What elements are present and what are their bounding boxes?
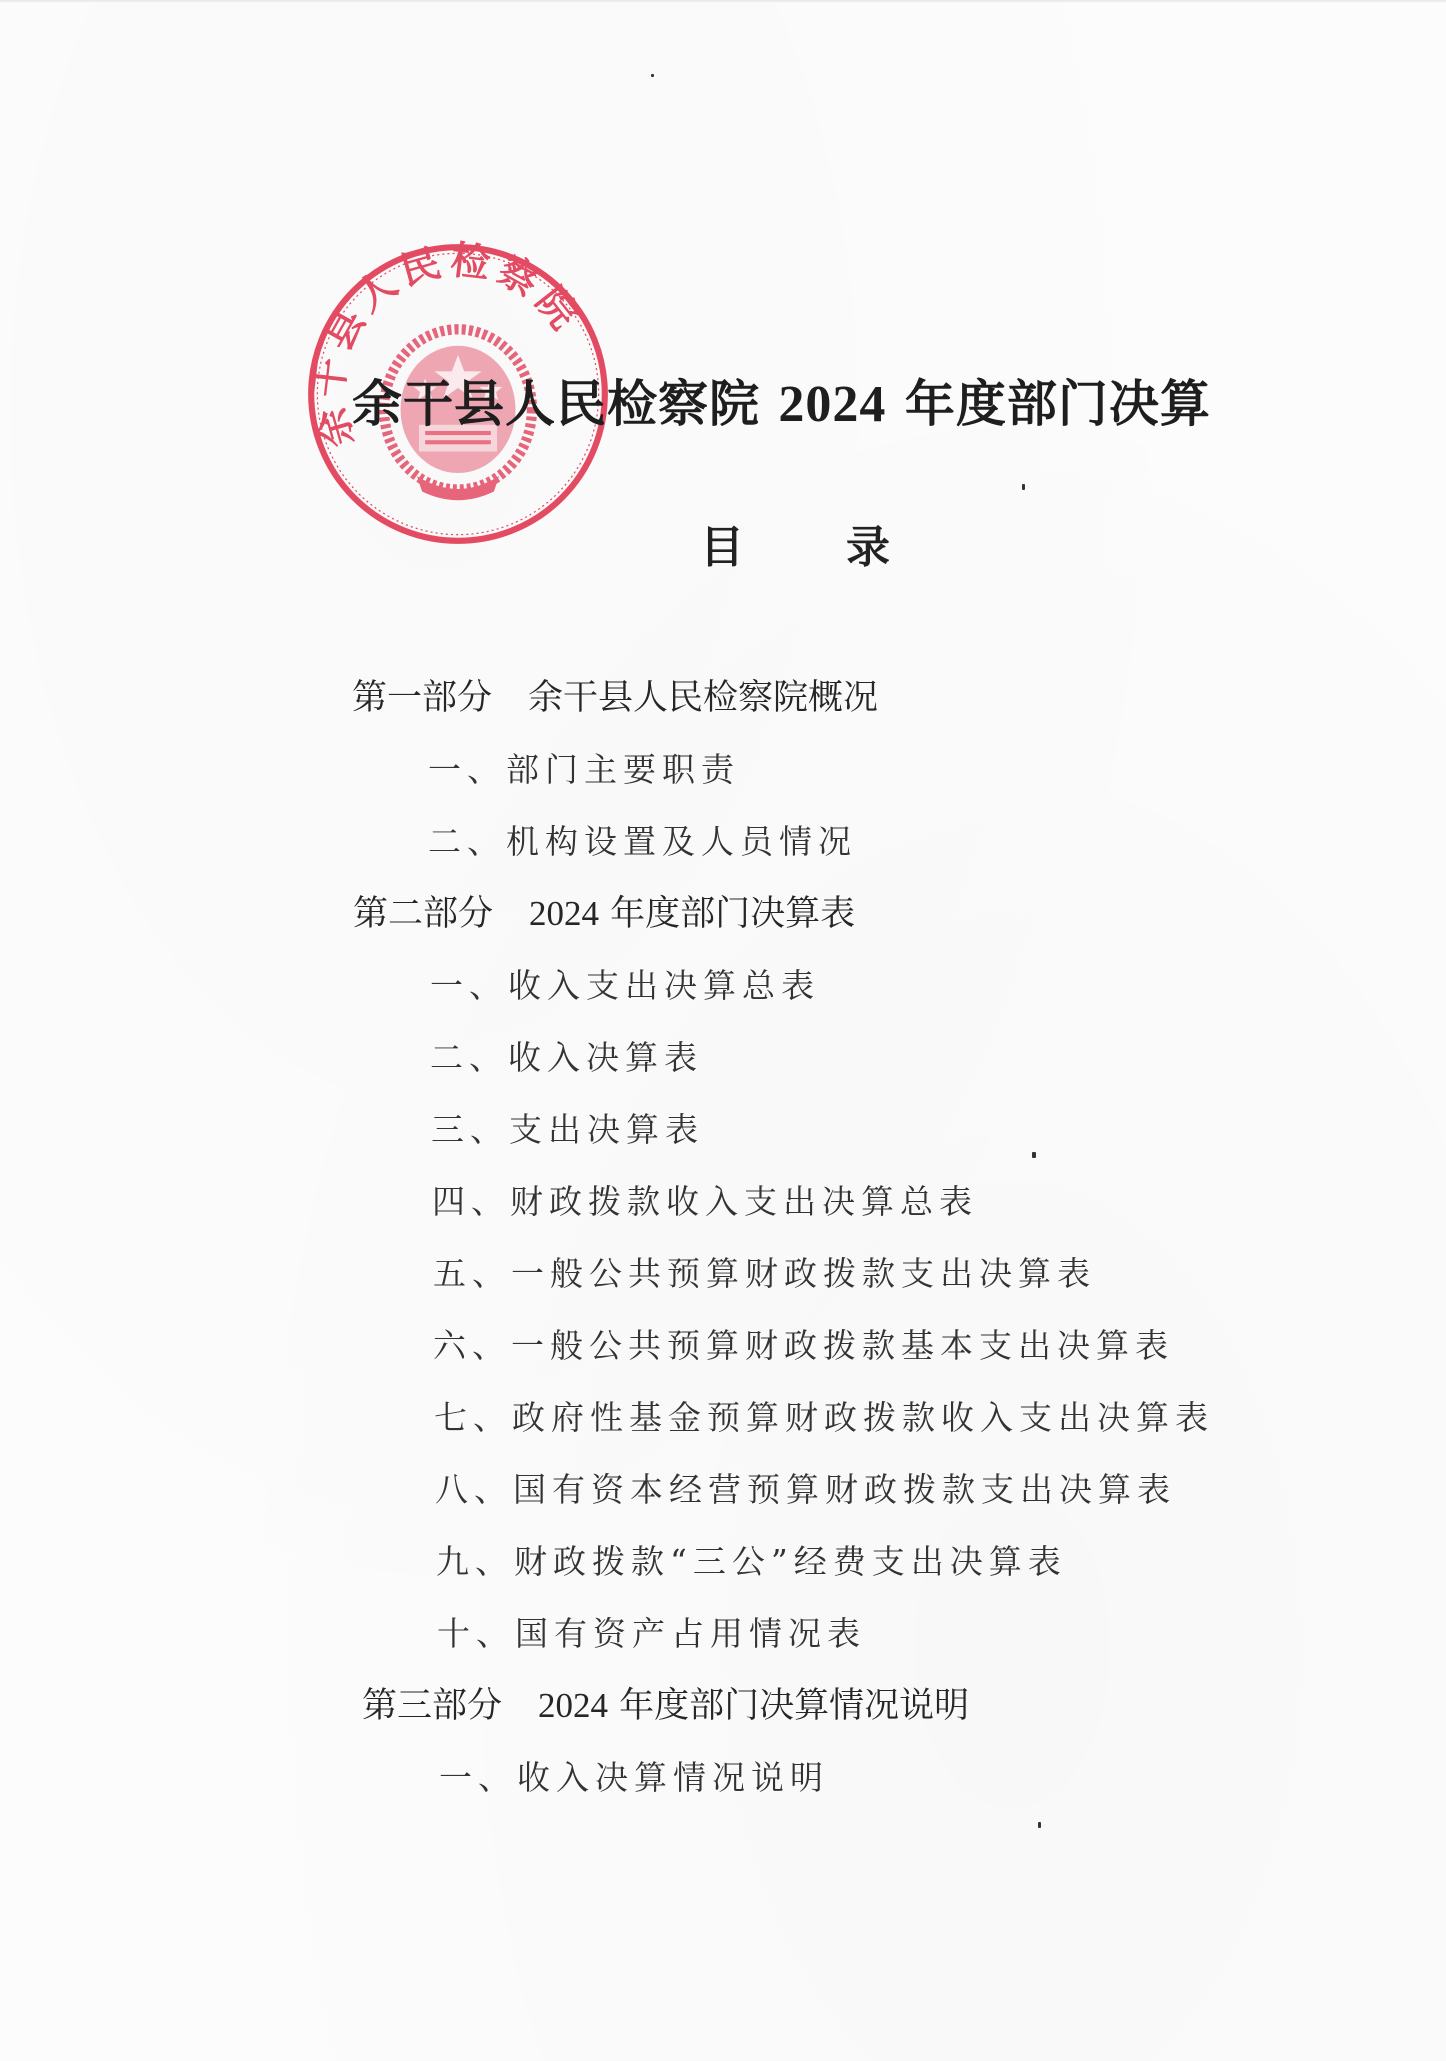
scan-speck: [1038, 1822, 1041, 1828]
toc-item[interactable]: 三、支出决算表: [431, 1108, 704, 1152]
toc-item[interactable]: 二、收入决算表: [430, 1036, 703, 1080]
part-title-text: 年度部门决算表: [599, 894, 855, 934]
part-label: 第一部分: [352, 676, 492, 720]
scan-speck: [1022, 484, 1025, 490]
toc-heading-right: 录: [846, 522, 890, 573]
toc-item[interactable]: 七、政府性基金预算财政拨款收入支出决算表: [434, 1396, 1214, 1440]
toc-heading: 目录: [700, 520, 890, 576]
toc-item[interactable]: 五、一般公共预算财政拨款支出决算表: [433, 1252, 1096, 1296]
toc-item[interactable]: 一、部门主要职责: [428, 748, 740, 792]
toc-heading-left: 目: [700, 522, 744, 573]
toc-part-3[interactable]: 第三部分2024 年度部门决算情况说明: [362, 1684, 969, 1728]
title-year: 2024: [778, 376, 886, 433]
part-title-year: 2024: [538, 1686, 608, 1725]
toc-item[interactable]: 二、机构设置及人员情况: [428, 820, 857, 864]
toc-item[interactable]: 一、收入支出决算总表: [430, 964, 820, 1008]
document-title: 余干县人民检察院 2024 年度部门决算: [352, 372, 1232, 437]
scan-edge: [0, 0, 1446, 3]
document-page: 余干县人民检察院 余干县人民检察院 2024 年度部门决算 目录 第一部分余干县…: [0, 0, 1446, 2061]
part-title: 余干县人民检察院概况: [528, 678, 878, 718]
toc-item[interactable]: 八、国有资本经营预算财政拨款支出决算表: [435, 1468, 1176, 1512]
part-title-year: 2024: [529, 894, 599, 933]
part-title: 2024 年度部门决算情况说明: [538, 1686, 969, 1726]
toc-part-1[interactable]: 第一部分余干县人民检察院概况: [352, 676, 878, 720]
toc-item[interactable]: 一、收入决算情况说明: [439, 1756, 829, 1800]
toc-part-2[interactable]: 第二部分2024 年度部门决算表: [353, 892, 855, 936]
scan-speck: [651, 74, 654, 77]
title-suffix: 年度部门决算: [905, 375, 1211, 433]
toc-item[interactable]: 十、国有资产占用情况表: [437, 1612, 866, 1656]
part-label: 第三部分: [362, 1684, 502, 1728]
part-title: 2024 年度部门决算表: [529, 894, 855, 934]
toc-item[interactable]: 四、财政拨款收入支出决算总表: [432, 1180, 978, 1224]
part-label: 第二部分: [353, 892, 493, 936]
toc-item[interactable]: 九、财政拨款“三公”经费支出决算表: [436, 1540, 1067, 1584]
title-prefix: 余干县人民检察院: [352, 375, 760, 433]
scan-speck: [1032, 1152, 1036, 1158]
part-title-text: 年度部门决算情况说明: [608, 1686, 969, 1726]
toc-item[interactable]: 六、一般公共预算财政拨款基本支出决算表: [433, 1324, 1174, 1368]
